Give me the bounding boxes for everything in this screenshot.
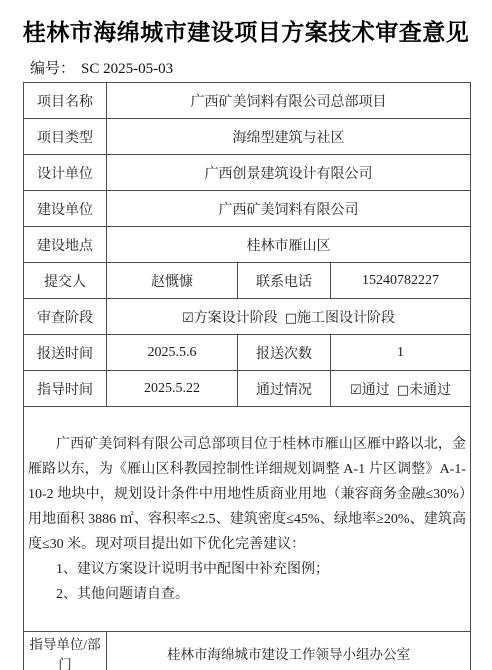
row-submitter: 提交人 赵慨慷 联系电话 15240782227 (24, 263, 471, 299)
review-stage-option-construction-drawing: □施工图设计阶段 (285, 311, 395, 326)
review-stage-value: ☑方案设计阶段□施工图设计阶段 (107, 299, 471, 335)
submitter-label: 提交人 (24, 263, 107, 299)
opinion-item-2: 2、其他问题请自查。 (28, 582, 466, 607)
submit-count-value: 1 (331, 335, 471, 371)
pass-status-option-fail-label: 未通过 (409, 383, 451, 398)
checkbox-checked-icon: ☑ (182, 311, 194, 326)
project-name-label: 项目名称 (24, 83, 107, 119)
row-project-type: 项目类型 海绵型建筑与社区 (24, 119, 471, 155)
construction-unit-label: 建设单位 (24, 191, 107, 227)
contact-phone-label: 联系电话 (238, 263, 331, 299)
submit-date-label: 报送时间 (24, 335, 107, 371)
review-opinion-document: 桂林市海绵城市建设项目方案技术审查意见 编号：SC 2025-05-03 项目名… (0, 0, 492, 670)
project-type-value: 海绵型建筑与社区 (107, 119, 471, 155)
review-stage-option-scheme: ☑方案设计阶段 (182, 311, 278, 326)
row-construction-unit: 建设单位 广西矿美饲料有限公司 (24, 191, 471, 227)
design-unit-value: 广西创景建筑设计有限公司 (107, 155, 471, 191)
row-submit-date: 报送时间 2025.5.6 报送次数 1 (24, 335, 471, 371)
pass-status-option-fail: □未通过 (397, 383, 451, 398)
contact-phone-value: 15240782227 (331, 263, 471, 299)
opinion-paragraph: 广西矿美饲料有限公司总部项目位于桂林市雁山区雁中路以北，金雁路以东，为《雁山区科… (28, 432, 466, 557)
guidance-unit-label: 指导单位/部门 (24, 632, 107, 670)
checkbox-empty-icon: □ (285, 311, 297, 326)
design-unit-label: 设计单位 (24, 155, 107, 191)
document-title: 桂林市海绵城市建设项目方案技术审查意见 (0, 0, 492, 47)
row-guidance-unit: 指导单位/部门 桂林市海绵城市建设工作领导小组办公室 (24, 632, 471, 670)
checkbox-empty-icon: □ (397, 383, 409, 398)
document-number-value: SC 2025-05-03 (81, 61, 173, 77)
row-project-name: 项目名称 广西矿美饲料有限公司总部项目 (24, 83, 471, 119)
checkbox-checked-bold-icon: ☑ (350, 383, 362, 398)
document-number-line: 编号：SC 2025-05-03 (30, 57, 492, 78)
row-design-unit: 设计单位 广西创景建筑设计有限公司 (24, 155, 471, 191)
submitter-value: 赵慨慷 (107, 263, 238, 299)
opinion-item-1: 1、建议方案设计说明书中配图中补充图例； (28, 557, 466, 582)
construction-unit-value: 广西矿美饲料有限公司 (107, 191, 471, 227)
document-number-label: 编号： (30, 61, 75, 77)
pass-status-value: ☑通过□未通过 (331, 371, 471, 407)
row-construction-site: 建设地点 桂林市雁山区 (24, 227, 471, 263)
row-guidance-date: 指导时间 2025.5.22 通过情况 ☑通过□未通过 (24, 371, 471, 407)
project-name-value: 广西矿美饲料有限公司总部项目 (107, 83, 471, 119)
review-form-table: 项目名称 广西矿美饲料有限公司总部项目 项目类型 海绵型建筑与社区 设计单位 广… (23, 82, 471, 670)
guidance-date-label: 指导时间 (24, 371, 107, 407)
submit-date-value: 2025.5.6 (107, 335, 238, 371)
project-type-label: 项目类型 (24, 119, 107, 155)
review-stage-option-construction-drawing-label: 施工图设计阶段 (297, 311, 395, 326)
pass-status-option-pass: ☑通过 (350, 383, 390, 398)
pass-status-option-pass-label: 通过 (362, 383, 390, 398)
row-opinion: 广西矿美饲料有限公司总部项目位于桂林市雁山区雁中路以北，金雁路以东，为《雁山区科… (24, 407, 471, 632)
construction-site-value: 桂林市雁山区 (107, 227, 471, 263)
pass-status-label: 通过情况 (238, 371, 331, 407)
guidance-date-value: 2025.5.22 (107, 371, 238, 407)
guidance-unit-value: 桂林市海绵城市建设工作领导小组办公室 (107, 632, 471, 670)
review-stage-label: 审查阶段 (24, 299, 107, 335)
opinion-cell: 广西矿美饲料有限公司总部项目位于桂林市雁山区雁中路以北，金雁路以东，为《雁山区科… (24, 407, 471, 632)
construction-site-label: 建设地点 (24, 227, 107, 263)
review-stage-option-scheme-label: 方案设计阶段 (194, 311, 278, 326)
submit-count-label: 报送次数 (238, 335, 331, 371)
row-review-stage: 审查阶段 ☑方案设计阶段□施工图设计阶段 (24, 299, 471, 335)
